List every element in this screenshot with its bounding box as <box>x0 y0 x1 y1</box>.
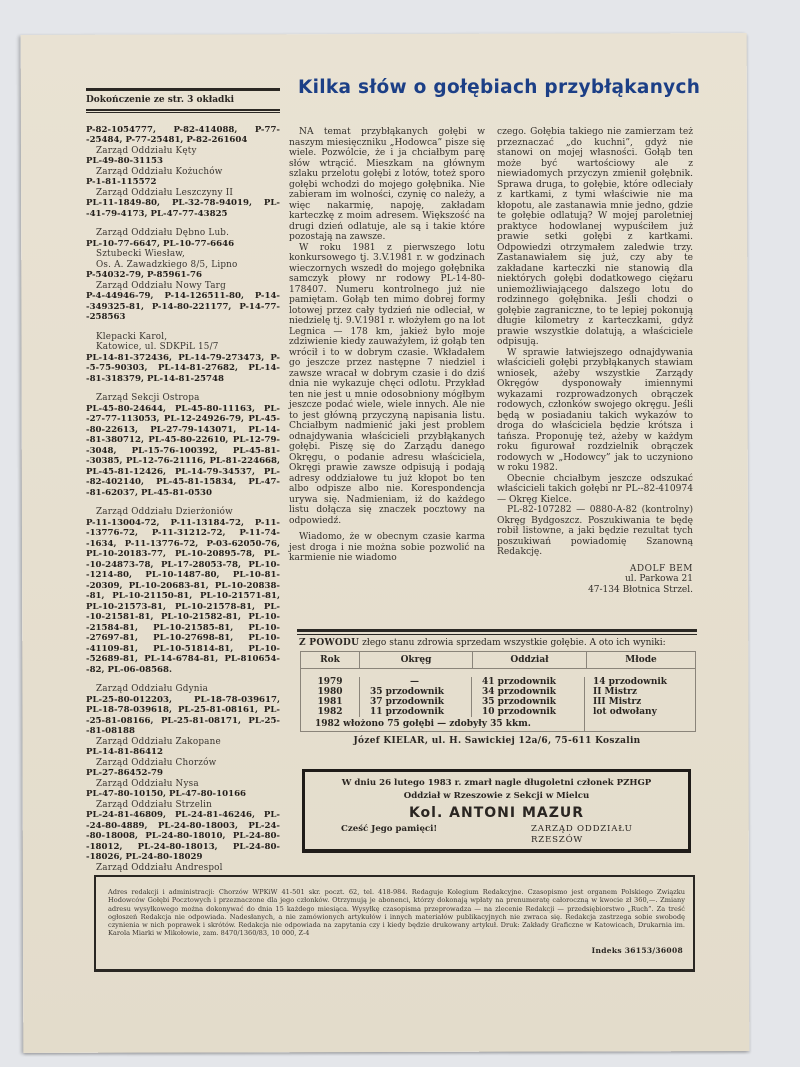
author-street: ul. Parkowa 21 <box>497 574 693 585</box>
obituary-notice: W dniu 26 lutego 1983 r. zmarł nagle dłu… <box>302 769 691 853</box>
group-ring-numbers: PL-24-81-46809, PL-24-81-46246, PL--24-8… <box>86 810 280 863</box>
group-owner-label: Zarząd Oddziału Leszczyny II <box>86 188 280 199</box>
sale-advertisement: Z POWODU złego stanu zdrowia sprzedam ws… <box>297 629 697 746</box>
ring-group: Zarząd Sekcji OstropaPL-45-80-24644, PL-… <box>86 393 280 498</box>
ring-group: Zarząd Oddziału GdyniaPL-25-80-012203, P… <box>86 684 280 737</box>
group-owner-label: Katowice, ul. SDKPiL 15/7 <box>86 342 280 353</box>
ring-listing-column: Dokończenie ze str. 3 okładki P-82-10547… <box>86 88 280 873</box>
author-signature: ADOLF BEM ul. Parkowa 21 47-134 Błotnica… <box>497 564 693 596</box>
imprint-text: Adres redakcji i administracji: Chorzów … <box>108 888 685 938</box>
group-ring-numbers: P-82-1054777, P-82-414088, P-77--25484, … <box>86 125 280 146</box>
table-cell: lot odwołany <box>593 707 695 717</box>
article-paragraph: W roku 1981 z pierwszego lotu konkursowe… <box>289 243 485 527</box>
ring-group: Zarząd Oddziału Dębno Lub.PL-10-77-6647,… <box>86 228 280 249</box>
group-owner-label: Zarząd Oddziału Nysa <box>86 779 280 790</box>
continuation-header: Dokończenie ze str. 3 okładki <box>86 91 280 109</box>
header-mlode: Młode <box>586 652 695 668</box>
table-cell: 1979 <box>301 677 359 687</box>
seller-address: Józef KIELAR, ul. H. Sawickiej 12a/6, 75… <box>297 736 697 746</box>
obituary-signature: ZARZĄD ODDZIAŁU RZESZÓW <box>495 824 633 846</box>
group-owner-label: Zarząd Oddziału Gdynia <box>86 684 280 695</box>
col-mlode: 14 przodownikII MistrzIII Mistrzlot odwo… <box>584 677 695 718</box>
article-paragraph: Obecnie chciałbym jeszcze odszukać właśc… <box>497 474 693 506</box>
group-ring-numbers: PL-14-81-86412 <box>86 747 280 758</box>
article-column-middle: NA temat przybłąkanych gołębi w naszym m… <box>289 127 485 564</box>
table-cell: II Mistrz <box>593 687 695 697</box>
group-owner-label: Zarząd Oddziału Chorzów <box>86 758 280 769</box>
ring-group: Zarząd Oddziału StrzelinPL-24-81-46809, … <box>86 800 280 863</box>
group-owner-label: Os. A. Zawadzkiego 8/5, Lipno <box>86 260 280 271</box>
col-okreg: —35 przodownik37 przodownik11 przodownik <box>359 677 471 718</box>
table-cell: 1982 <box>301 707 359 717</box>
table-cell: 14 przodownik <box>593 677 695 687</box>
group-ring-numbers: PL-45-80-24644, PL-45-80-11163, PL--27-7… <box>86 404 280 499</box>
article-paragraph: PL-82-107282 — 0880-A-82 (kontrolny) Okr… <box>497 505 693 558</box>
table-cell: 41 przodownik <box>482 677 584 687</box>
ring-group: P-82-1054777, P-82-414088, P-77--25484, … <box>86 125 280 146</box>
group-owner-label: Zarząd Oddziału Zakopane <box>86 737 280 748</box>
article-paragraph: W sprawie łatwiejszego odnajdywania właś… <box>497 348 693 474</box>
publisher-imprint: Adres redakcji i administracji: Chorzów … <box>94 875 695 972</box>
results-table: Rok Okręg Oddział Młode 1979198019811982… <box>300 651 696 733</box>
author-city: 47-134 Błotnica Strzel. <box>497 585 693 596</box>
group-ring-numbers: PL-14-81-372436, PL-14-79-273473, P--5-7… <box>86 353 280 385</box>
table-cell: III Mistrz <box>593 697 695 707</box>
index-number: Indeks 36153/36008 <box>592 947 683 955</box>
group-ring-numbers: P-54032-79, P-85961-76 <box>86 270 280 281</box>
table-cell: 37 przodownik <box>370 697 471 707</box>
table-cell: 35 przodownik <box>370 687 471 697</box>
table-cell: 34 przodownik <box>482 687 584 697</box>
ring-group: Zarząd Oddziału DzierżoniówP-11-13004-72… <box>86 507 280 675</box>
group-ring-numbers: P-11-13004-72, P-11-13184-72, P-11--1377… <box>86 518 280 676</box>
group-owner-label: Zarząd Oddziału Nowy Targ <box>86 281 280 292</box>
results-table-header: Rok Okręg Oddział Młode <box>301 652 695 669</box>
ad-intro: Z POWODU złego stanu zdrowia sprzedam ws… <box>297 635 697 649</box>
article-paragraph: NA temat przybłąkanych gołębi w naszym m… <box>289 127 485 243</box>
group-ring-numbers: P-1-81-115572 <box>86 177 280 188</box>
ring-group: Zarząd Oddziału ZakopanePL-14-81-86412 <box>86 737 280 758</box>
article-paragraph: czego. Gołębia takiego nie zamierzam też… <box>497 127 693 348</box>
group-ring-numbers: P-4-44946-79, P-14-126511-80, P-14--3493… <box>86 291 280 323</box>
table-cell: 10 przodownik <box>482 707 584 717</box>
group-owner-label: Klepacki Karol, <box>86 332 280 343</box>
group-ring-numbers: PL-27-86452-79 <box>86 768 280 779</box>
article-title: Kilka słów o gołębiach przybłąkanych <box>298 77 698 98</box>
ring-group: Zarząd Oddziału Andrespol <box>86 863 280 874</box>
ring-group: Zarząd Oddziału KętyPL-49-80-31153 <box>86 146 280 167</box>
ring-group: Zarząd Oddziału KożuchówP-1-81-115572 <box>86 167 280 188</box>
obituary-line-2: Oddział w Rzeszowie z Sekcji w Mielcu <box>305 791 688 801</box>
header-oddzial: Oddział <box>472 652 586 668</box>
divider <box>86 109 280 113</box>
group-owner-label: Zarząd Oddziału Andrespol <box>86 863 280 874</box>
table-cell: 11 przodownik <box>370 707 471 717</box>
col-rok: 1979198019811982 <box>301 677 359 718</box>
group-owner-label: Sztubecki Wiesław, <box>86 249 280 260</box>
ad-lead: Z POWODU <box>299 638 359 648</box>
ring-group: Zarząd Oddziału Nowy TargP-4-44946-79, P… <box>86 281 280 323</box>
group-owner-label: Zarząd Sekcji Ostropa <box>86 393 280 404</box>
obituary-name: Kol. ANTONI MAZUR <box>305 805 688 821</box>
results-table-body: 1979198019811982 —35 przodownik37 przodo… <box>301 669 695 718</box>
group-ring-numbers: PL-25-80-012203, PL-18-78-039617, PL-18-… <box>86 695 280 737</box>
ad-intro-text: złego stanu zdrowia sprzedam wszystkie g… <box>359 638 665 648</box>
ring-group: Zarząd Oddziału ChorzówPL-27-86452-79 <box>86 758 280 779</box>
group-owner-label: Zarząd Oddziału Dzierżoniów <box>86 507 280 518</box>
ring-group: Zarząd Oddziału Leszczyny IIPL-11-1849-8… <box>86 188 280 220</box>
col-oddzial: 41 przodownik34 przodownik35 przodownik1… <box>471 677 584 718</box>
group-ring-numbers: PL-49-80-31153 <box>86 156 280 167</box>
article-paragraph: Wiadomo, że w obecnym czasie karma jest … <box>289 532 485 564</box>
table-cell: — <box>370 677 471 687</box>
group-owner-label: Zarząd Oddziału Strzelin <box>86 800 280 811</box>
ring-group: Sztubecki Wiesław,Os. A. Zawadzkiego 8/5… <box>86 249 280 281</box>
author-name: ADOLF BEM <box>497 564 693 575</box>
group-ring-numbers: PL-10-77-6647, PL-10-77-6646 <box>86 239 280 250</box>
group-owner-label: Zarząd Oddziału Kożuchów <box>86 167 280 178</box>
header-rok: Rok <box>301 652 359 668</box>
group-owner-label: Zarząd Oddziału Dębno Lub. <box>86 228 280 239</box>
table-cell: 1981 <box>301 697 359 707</box>
ring-group: Klepacki Karol,Katowice, ul. SDKPiL 15/7… <box>86 332 280 385</box>
table-cell: 35 przodownik <box>482 697 584 707</box>
results-footnote: 1982 włożono 75 gołębi — zdobyły 35 kkm. <box>301 717 584 731</box>
obituary-farewell: Cześć Jego pamięci! <box>305 824 495 846</box>
obituary-line-1: W dniu 26 lutego 1983 r. zmarł nagle dłu… <box>305 778 688 788</box>
results-table-footnote-row: 1982 włożono 75 gołębi — zdobyły 35 kkm. <box>301 717 695 731</box>
group-ring-numbers: PL-11-1849-80, PL-32-78-94019, PL--41-79… <box>86 198 280 219</box>
table-cell: 1980 <box>301 687 359 697</box>
group-owner-label: Zarząd Oddziału Kęty <box>86 146 280 157</box>
header-okreg: Okręg <box>359 652 472 668</box>
ring-groups: P-82-1054777, P-82-414088, P-77--25484, … <box>86 125 280 874</box>
group-ring-numbers: PL-47-80-10150, PL-47-80-10166 <box>86 789 280 800</box>
ring-group: Zarząd Oddziału NysaPL-47-80-10150, PL-4… <box>86 779 280 800</box>
article-column-right: czego. Gołębia takiego nie zamierzam też… <box>497 127 693 595</box>
